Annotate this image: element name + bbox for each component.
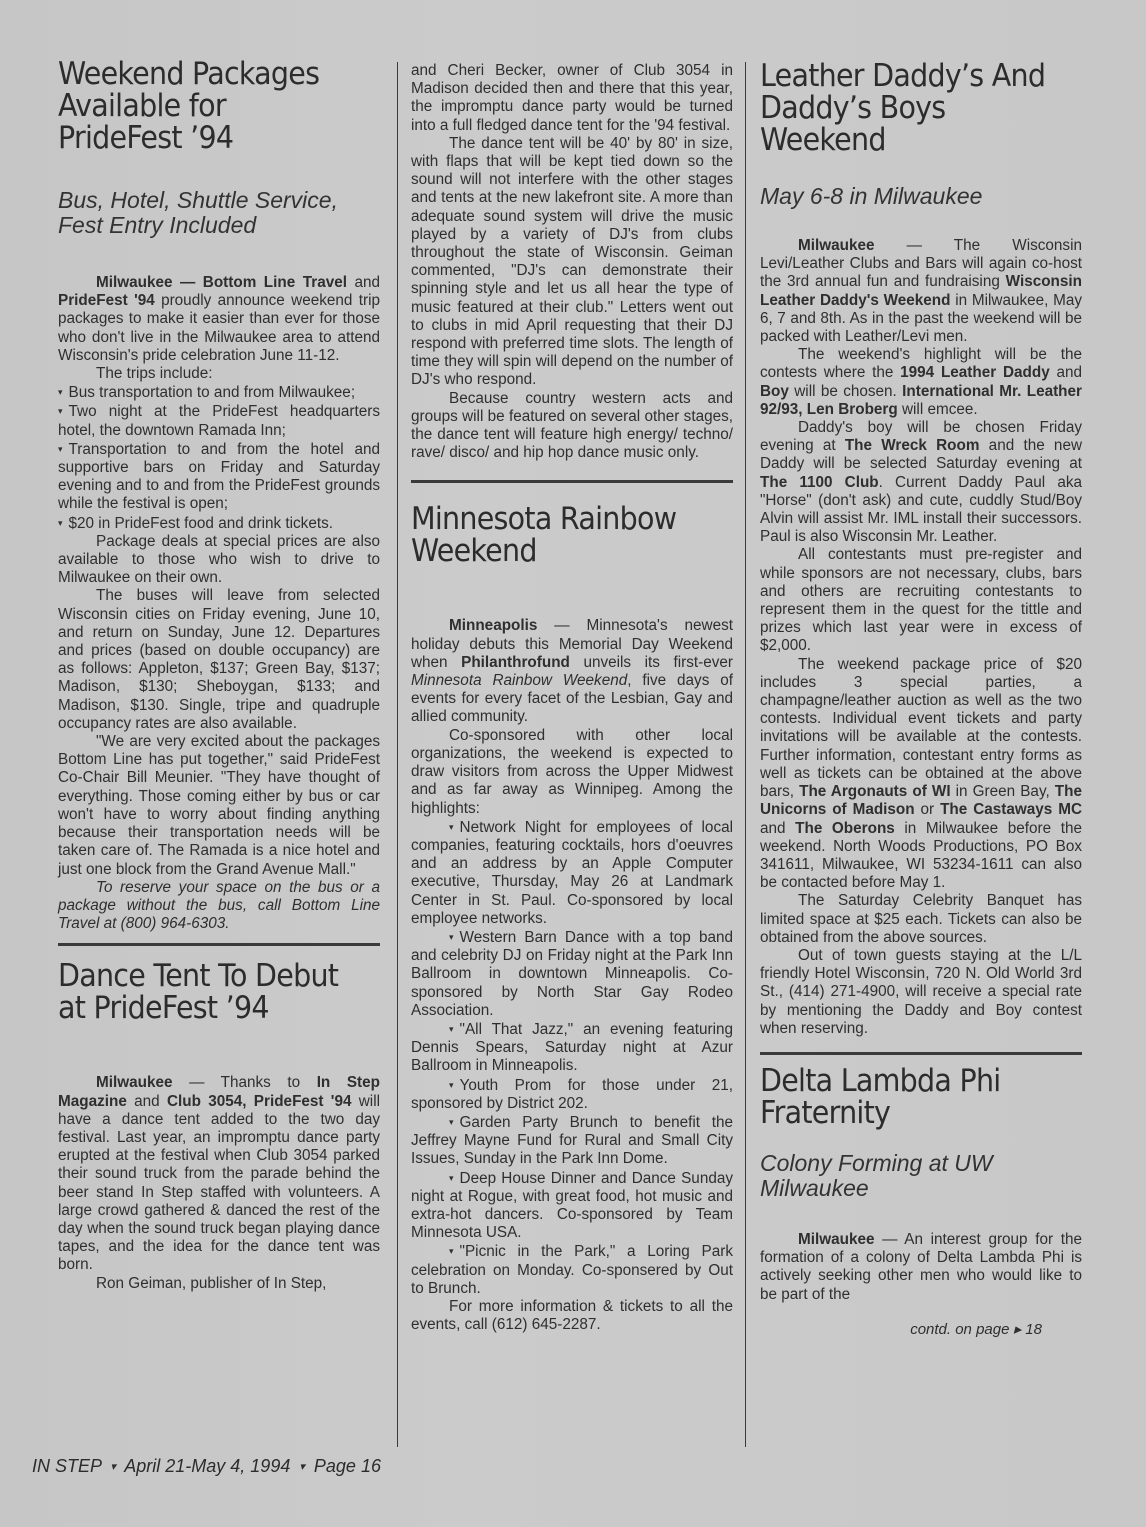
bold-text: Philanthrofund <box>461 654 570 671</box>
dateline: Milwaukee — Bottom Line Travel <box>96 274 347 291</box>
column-divider <box>397 62 398 1447</box>
triangle-bullet-icon: ▾ <box>449 1024 454 1034</box>
text: Youth Prom for those under 21, sponsored… <box>411 1077 733 1112</box>
text: — Thanks to <box>173 1074 317 1091</box>
headline-line: Minnesota Rainbow <box>411 503 707 535</box>
headline-line: Daddy’s Boys <box>760 92 1056 124</box>
subheadline: May 6-8 in Milwaukee <box>760 184 1082 209</box>
bold-text: Club 3054, PrideFest '94 <box>167 1093 352 1110</box>
headline-line: Dance Tent To Debut <box>58 960 354 992</box>
text: and <box>127 1093 167 1110</box>
headline-line: Fraternity <box>760 1097 1056 1129</box>
paragraph: Because country western acts and groups … <box>411 390 733 463</box>
subhead-line: Bus, Hotel, Shuttle Service, <box>58 188 380 213</box>
text: and <box>1050 364 1082 381</box>
subheadline: Colony Forming at UW Milwaukee <box>760 1151 1082 1201</box>
highlight-item: ▾Garden Party Brunch to benefit the Jeff… <box>411 1113 733 1169</box>
dateline: Milwaukee <box>798 1231 875 1248</box>
triangle-bullet-icon: ▾ <box>449 1246 454 1256</box>
paragraph: The weekend's highlight will be the cont… <box>760 346 1082 419</box>
triangle-bullet-icon: ▾ <box>449 822 454 832</box>
lead-paragraph: Milwaukee — The Wisconsin Levi/Leather C… <box>760 237 1082 346</box>
triangle-bullet-icon: ▾ <box>449 1173 454 1183</box>
paragraph: The weekend package price of $20 include… <box>760 656 1082 893</box>
text: Deep House Dinner and Dance Sunday night… <box>411 1170 733 1242</box>
issue-dates: April 21-May 4, 1994 <box>124 1456 290 1476</box>
bullet-item: ▾$20 in PrideFest food and drink tickets… <box>58 514 380 533</box>
triangle-bullet-icon: ▾ <box>449 932 454 942</box>
paragraph: For more information & tickets to all th… <box>411 1298 733 1334</box>
article-minnesota-rainbow: Minnesota Rainbow Weekend Minneapolis — … <box>411 503 733 1334</box>
subheadline: Bus, Hotel, Shuttle Service, Fest Entry … <box>58 188 380 238</box>
text: Garden Party Brunch to benefit the Jeffr… <box>411 1114 733 1167</box>
page-footer: IN STEP ▾ April 21-May 4, 1994 ▾ Page 16 <box>32 1456 381 1477</box>
bold-text: Boy <box>760 383 789 400</box>
triangle-bullet-icon: ▾ <box>58 518 63 528</box>
column-divider <box>745 62 746 1447</box>
bold-text: The Castaways MC <box>940 801 1082 818</box>
headline-line: Leather Daddy’s And <box>760 60 1056 92</box>
bullet-item: ▾Two night at the PrideFest headquarters… <box>58 402 380 439</box>
headline-line: PrideFest ’94 <box>58 122 354 154</box>
newspaper-page: Weekend Packages Available for PrideFest… <box>0 0 1146 1527</box>
paragraph: and Cheri Becker, owner of Club 3054 in … <box>411 62 733 135</box>
lead-paragraph: Milwaukee — Bottom Line Travel and Pride… <box>58 274 380 365</box>
text: and <box>347 274 380 291</box>
triangle-bullet-icon: ▾ <box>58 406 63 416</box>
bold-text: The Oberons <box>795 820 895 837</box>
paragraph: Out of town guests staying at the L/L fr… <box>760 947 1082 1038</box>
paragraph: Ron Geiman, publisher of In Step, <box>58 1275 380 1293</box>
subhead-line: Milwaukee <box>760 1176 1082 1201</box>
paragraph: Co-sponsored with other local organizati… <box>411 727 733 818</box>
paragraph: The buses will leave from selected Wisco… <box>58 587 380 733</box>
text: Network Night for employees of local com… <box>411 819 733 927</box>
headline-line: Weekend <box>760 124 1056 156</box>
highlight-item: ▾Youth Prom for those under 21, sponsore… <box>411 1076 733 1113</box>
paragraph: The Saturday Celebrity Banquet has limit… <box>760 892 1082 947</box>
headline-line: Available for <box>58 90 354 122</box>
section-divider <box>411 480 733 483</box>
paragraph: Daddy's boy will be chosen Friday evenin… <box>760 419 1082 546</box>
triangle-bullet-icon: ▾ <box>449 1080 454 1090</box>
bold-text: PrideFest '94 <box>58 292 155 309</box>
reservation-paragraph: To reserve your space on the bus or a pa… <box>58 879 380 934</box>
italic-text: Minnesota Rainbow Weekend <box>411 672 627 689</box>
text: or <box>915 801 940 818</box>
headline: Dance Tent To Debut at PrideFest ’94 <box>58 960 354 1024</box>
bold-text: 1994 Leather Daddy <box>900 364 1050 381</box>
headline: Delta Lambda Phi Fraternity <box>760 1065 1056 1129</box>
text: and <box>760 820 795 837</box>
paragraph: Package deals at special prices are also… <box>58 533 380 588</box>
bold-text: The Wreck Room <box>845 437 980 454</box>
headline-line: Weekend Packages <box>58 58 354 90</box>
section-divider <box>760 1052 1082 1055</box>
lead-paragraph: Milwaukee — Thanks to In Step Magazine a… <box>58 1074 380 1274</box>
text: in Green Bay, <box>951 783 1055 800</box>
article-dance-tent: Dance Tent To Debut at PrideFest ’94 Mil… <box>58 960 380 1292</box>
column-1: Weekend Packages Available for PrideFest… <box>58 58 380 1293</box>
lead-paragraph: Minneapolis — Minnesota's newest holiday… <box>411 617 733 726</box>
article-dance-tent-continued: and Cheri Becker, owner of Club 3054 in … <box>411 62 733 483</box>
article-leather-daddy: Leather Daddy’s And Daddy’s Boys Weekend… <box>760 60 1082 1055</box>
text: "All That Jazz," an evening featuring De… <box>411 1021 733 1074</box>
subhead-line: Colony Forming at UW <box>760 1151 1082 1176</box>
text: unveils its first-ever <box>570 654 733 671</box>
text: Bus transportation to and from Milwaukee… <box>69 384 356 401</box>
headline-line: Weekend <box>411 535 707 567</box>
dateline: Minneapolis <box>449 617 537 634</box>
section-divider <box>58 943 380 946</box>
triangle-bullet-icon: ▾ <box>449 1117 454 1127</box>
publication-name: IN STEP <box>32 1456 101 1476</box>
text: Two night at the PrideFest headquarters … <box>58 403 380 438</box>
text: $20 in PrideFest food and drink tickets. <box>69 515 333 532</box>
column-2: and Cheri Becker, owner of Club 3054 in … <box>411 62 733 1334</box>
headline: Leather Daddy’s And Daddy’s Boys Weekend <box>760 60 1056 156</box>
continued-on-page-link[interactable]: contd. on page ▸ 18 <box>760 1320 1082 1338</box>
highlight-item: ▾"Picnic in the Park," a Loring Park cel… <box>411 1242 733 1298</box>
article-weekend-packages: Weekend Packages Available for PrideFest… <box>58 58 380 946</box>
article-delta-lambda-phi: Delta Lambda Phi Fraternity Colony Formi… <box>760 1065 1082 1338</box>
text: will emcee. <box>898 401 978 418</box>
text: Western Barn Dance with a top band and c… <box>411 929 733 1019</box>
dateline: Milwaukee <box>798 237 875 254</box>
paragraph: "We are very excited about the packages … <box>58 733 380 879</box>
lead-paragraph: Milwaukee — An interest group for the fo… <box>760 1231 1082 1304</box>
triangle-bullet-icon: ▾ <box>58 444 63 454</box>
triangle-bullet-icon: ▾ <box>58 387 63 397</box>
text: will be chosen. <box>789 383 902 400</box>
page-number: Page 16 <box>314 1456 381 1476</box>
paragraph: The trips include: <box>58 365 380 383</box>
triangle-separator-icon: ▾ <box>110 1461 116 1473</box>
bullet-item: ▾Bus transportation to and from Milwauke… <box>58 383 380 402</box>
headline-line: at PrideFest ’94 <box>58 992 354 1024</box>
subhead-line: Fest Entry Included <box>58 213 380 238</box>
highlight-item: ▾Western Barn Dance with a top band and … <box>411 928 733 1020</box>
bold-text: The 1100 Club <box>760 474 879 491</box>
triangle-separator-icon: ▾ <box>299 1461 305 1473</box>
highlight-item: ▾Network Night for employees of local co… <box>411 818 733 928</box>
bullet-item: ▾Transportation to and from the hotel an… <box>58 440 380 514</box>
text: The weekend package price of $20 include… <box>760 656 1082 800</box>
text: Transportation to and from the hotel and… <box>58 441 380 513</box>
highlight-item: ▾Deep House Dinner and Dance Sunday nigh… <box>411 1169 733 1243</box>
text: "Picnic in the Park," a Loring Park cele… <box>411 1243 733 1296</box>
highlight-item: ▾"All That Jazz," an evening featuring D… <box>411 1020 733 1076</box>
paragraph: All contestants must pre-register and wh… <box>760 546 1082 655</box>
bold-text: The Argonauts of WI <box>799 783 950 800</box>
headline: Weekend Packages Available for PrideFest… <box>58 58 354 154</box>
dateline: Milwaukee <box>96 1074 173 1091</box>
paragraph: The dance tent will be 40' by 80' in siz… <box>411 135 733 390</box>
headline: Minnesota Rainbow Weekend <box>411 503 707 567</box>
column-3: Leather Daddy’s And Daddy’s Boys Weekend… <box>760 60 1082 1338</box>
headline-line: Delta Lambda Phi <box>760 1065 1056 1097</box>
text: will have a dance tent added to the two … <box>58 1093 380 1274</box>
